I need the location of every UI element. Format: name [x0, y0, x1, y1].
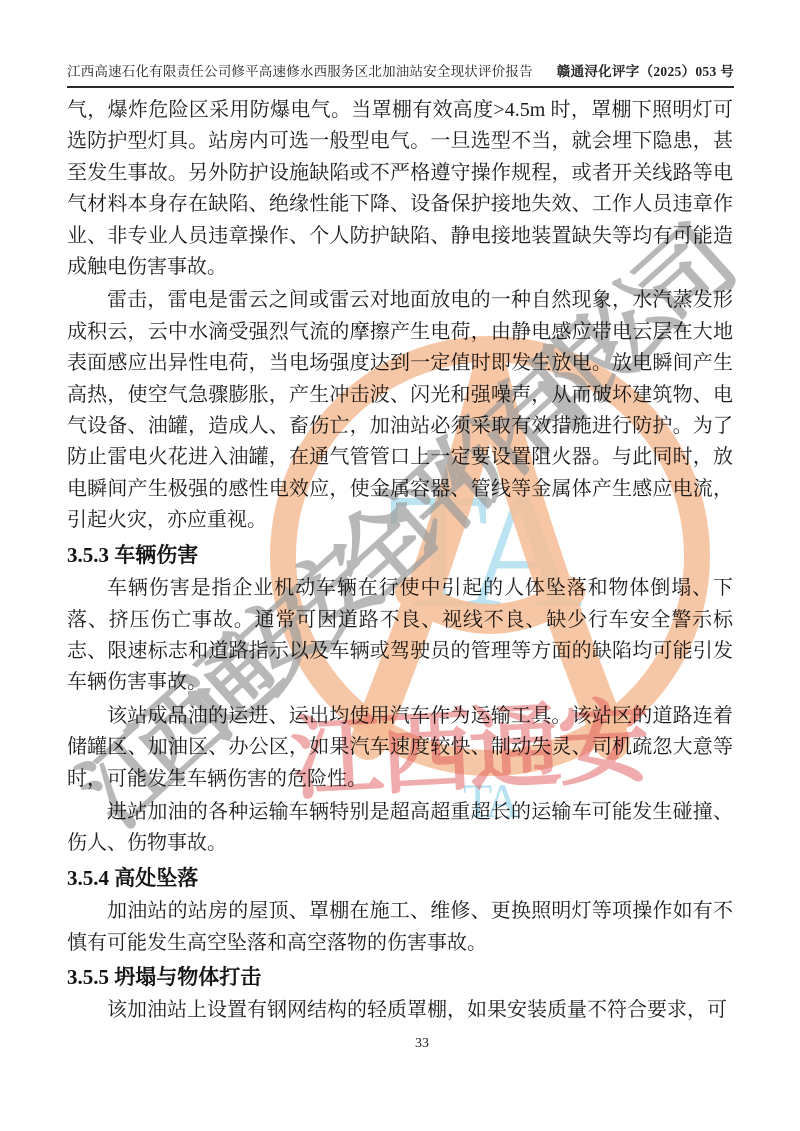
- paragraph-electric-continued: 气，爆炸危险区采用防爆电气。当罩棚有效高度>4.5m 时，罩棚下照明灯可选防护型…: [67, 95, 733, 283]
- header-rule: [67, 86, 734, 88]
- heading-3-5-5: 3.5.5 坍塌与物体打击: [67, 962, 733, 993]
- page-header: 江西高速石化有限责任公司修平高速修水西服务区北加油站安全现状评价报告 赣通浔化评…: [67, 60, 734, 80]
- heading-3-5-3: 3.5.3 车辆伤害: [67, 540, 733, 571]
- paragraph-vehicle-station: 该站成品油的运进、运出均使用汽车作为运输工具。该站区的道路连着储罐区、加油区、办…: [67, 701, 733, 795]
- page-number: 33: [415, 1036, 429, 1052]
- document-body: 气，爆炸危险区采用防爆电气。当罩棚有效高度>4.5m 时，罩棚下照明灯可选防护型…: [67, 95, 733, 1029]
- header-document-number: 赣通浔化评字（2025）053 号: [557, 60, 734, 80]
- paragraph-collapse: 该加油站上设置有钢网结构的轻质罩棚，如果安装质量不符合要求，可: [67, 995, 733, 1026]
- paragraph-vehicle-enter: 进站加油的各种运输车辆特别是超高超重超长的运输车可能发生碰撞、伤人、伤物事故。: [67, 797, 733, 860]
- header-report-title: 江西高速石化有限责任公司修平高速修水西服务区北加油站安全现状评价报告: [67, 60, 533, 80]
- heading-3-5-4: 3.5.4 高处坠落: [67, 863, 733, 894]
- paragraph-vehicle-definition: 车辆伤害是指企业机动车辆在行使中引起的人体坠落和物体倒塌、下落、挤压伤亡事故。通…: [67, 573, 733, 699]
- paragraph-lightning: 雷击，雷电是雷云之间或雷云对地面放电的一种自然现象，水汽蒸发形成积云，云中水滴受…: [67, 285, 733, 536]
- paragraph-high-fall: 加油站的站房的屋顶、罩棚在施工、维修、更换照明灯等项操作如有不慎有可能发生高空坠…: [67, 896, 733, 959]
- document-page: 江西高速石化有限责任公司修平高速修水西服务区北加油站安全现状评价报告 赣通浔化评…: [0, 0, 800, 1131]
